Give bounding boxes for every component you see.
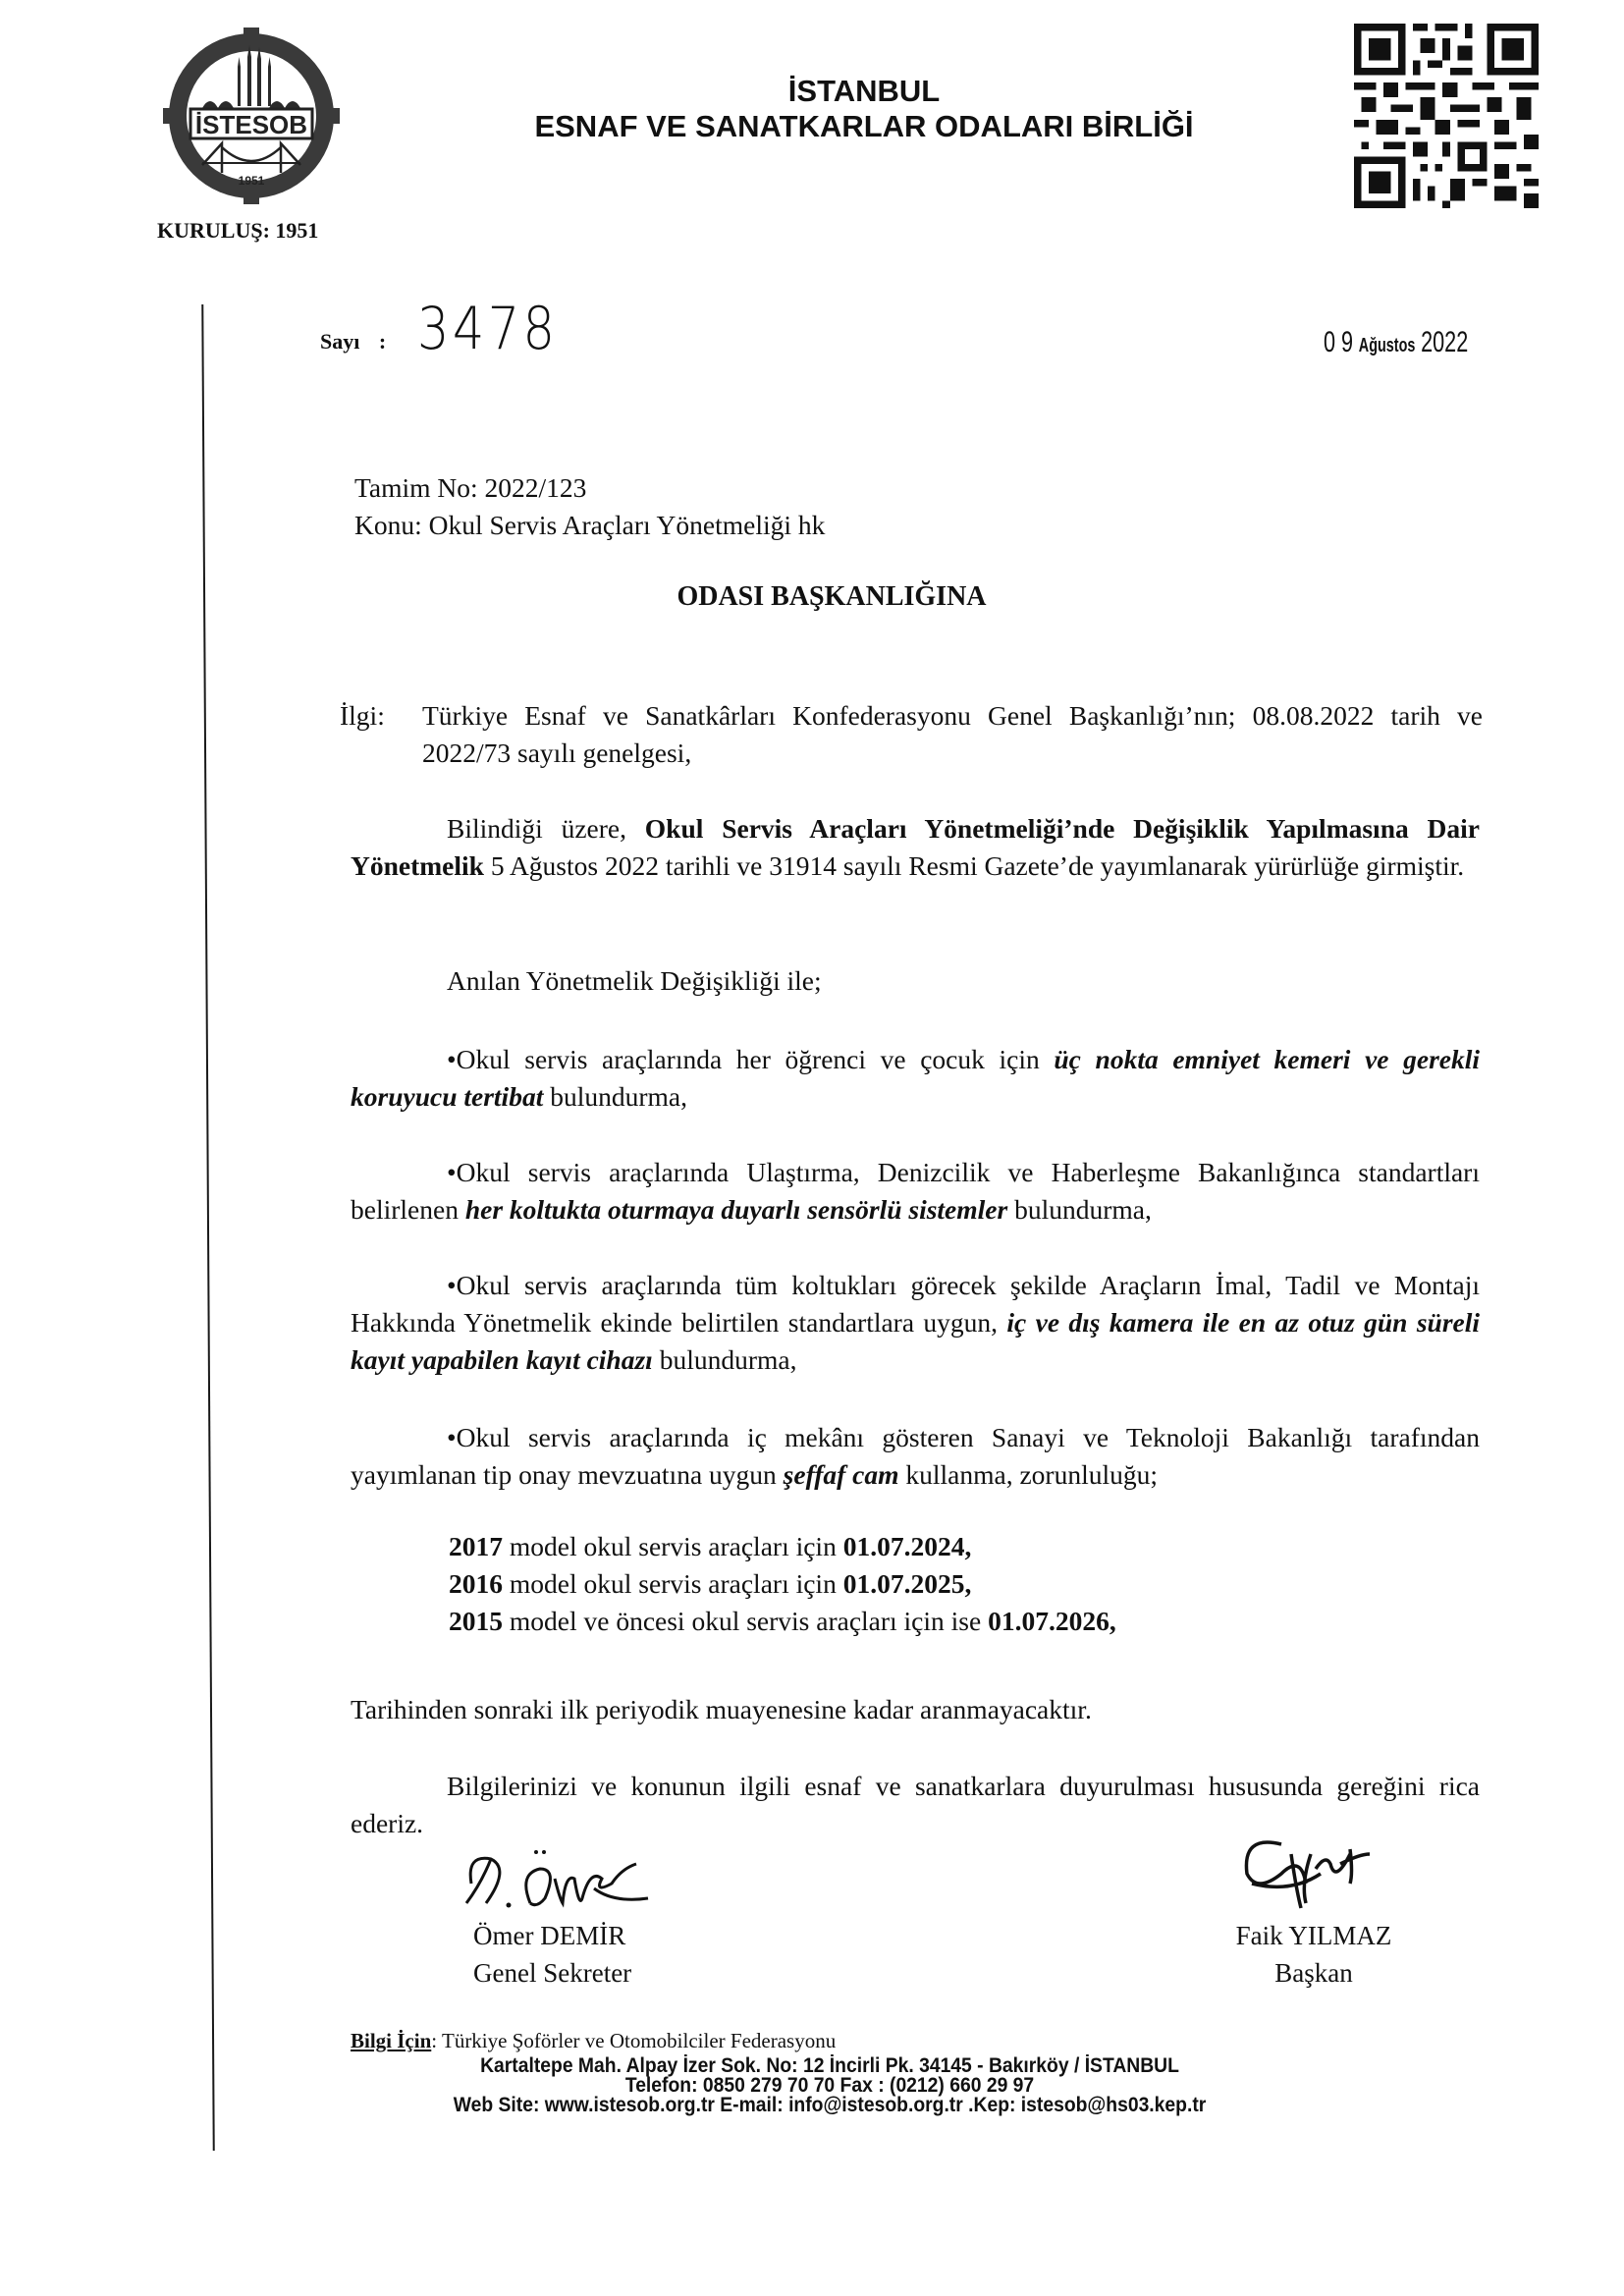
paragraph-change: Anılan Yönetmelik Değişikliği ile; — [351, 962, 1480, 1000]
signer-title: Başkan — [1216, 1954, 1412, 1992]
cc-line: Bilgi İçin: Türkiye Şoförler ve Otomobil… — [351, 2029, 836, 2053]
deadline-text: model okul servis araçları için — [503, 1568, 843, 1599]
deadline-row: 2017 model okul servis araçları için 01.… — [449, 1528, 1116, 1565]
bullet-emphasis: şeffaf cam — [784, 1459, 899, 1490]
signer-president: Faik YILMAZ Başkan — [1216, 1917, 1412, 1992]
qr-code-icon[interactable] — [1353, 24, 1540, 208]
intro-text-a: Bilindiği üzere, — [447, 813, 645, 844]
date-year: 2022 — [1421, 326, 1468, 359]
reference-text: Türkiye Esnaf ve Sanatkârları Konfederas… — [422, 697, 1483, 772]
istesob-logo: İSTESOB 1951 — [163, 27, 340, 204]
bullet-text-end: bulundurma, — [543, 1081, 687, 1112]
sayi-separator: : — [379, 329, 386, 354]
bullet-item: •Okul servis araçlarında her öğrenci ve … — [351, 1041, 1480, 1116]
deadline-date: 01.07.2025, — [843, 1568, 972, 1599]
sayi-label-text: Sayı — [320, 329, 359, 354]
tamim-number: Tamim No: 2022/123 — [354, 469, 586, 507]
org-name: ESNAF VE SANATKARLAR ODALARI BİRLİĞİ — [452, 109, 1276, 144]
footer-address: Kartaltepe Mah. Alpay İzer Sok. No: 12 İ… — [355, 2056, 1304, 2076]
sayi-label: Sayı : — [320, 329, 386, 355]
founded-label: KURULUŞ: 1951 — [157, 218, 318, 244]
paragraph-inspection: Tarihinden sonraki ilk periyodik muayene… — [351, 1691, 1480, 1728]
subject-line: Konu: Okul Servis Araçları Yönetmeliği h… — [354, 507, 825, 544]
cc-label: Bilgi İçin — [351, 2029, 431, 2052]
footer-phone: Telefon: 0850 279 70 70 Fax : (0212) 660… — [355, 2076, 1304, 2096]
org-city: İSTANBUL — [452, 74, 1276, 109]
svg-text:1951: 1951 — [239, 174, 265, 188]
intro-text-c: 5 Ağustos 2022 tarihli ve 31914 sayılı R… — [484, 850, 1464, 881]
recipient-heading: ODASI BAŞKANLIĞINA — [0, 581, 1624, 613]
paragraph-closing: Bilgilerinizi ve konunun ilgili esnaf ve… — [351, 1768, 1480, 1842]
model-year: 2016 — [449, 1568, 503, 1599]
bullet-text-end: bulundurma, — [1007, 1194, 1152, 1225]
signer-name: Faik YILMAZ — [1216, 1917, 1412, 1954]
deadline-text: model okul servis araçları için — [503, 1531, 843, 1561]
reference-label: İlgi: — [340, 697, 422, 772]
bullet-text-end: kullanma, zorunluluğu; — [899, 1459, 1159, 1490]
footer-contact: Kartaltepe Mah. Alpay İzer Sok. No: 12 İ… — [355, 2056, 1304, 2115]
bullet-text-end: bulundurma, — [653, 1344, 797, 1375]
footer-web[interactable]: Web Site: www.istesob.org.tr E-mail: inf… — [355, 2096, 1304, 2115]
signature-faik-yilmaz — [1222, 1834, 1419, 1913]
org-title: İSTANBUL ESNAF VE SANATKARLAR ODALARI Bİ… — [452, 74, 1276, 144]
reference: İlgi: Türkiye Esnaf ve Sanatkârları Konf… — [340, 697, 1483, 772]
signer-title: Genel Sekreter — [473, 1954, 631, 1992]
cc-recipient: : Türkiye Şoförler ve Otomobilciler Fede… — [431, 2029, 836, 2052]
bullet-item: •Okul servis araçlarında Ulaştırma, Deni… — [351, 1154, 1480, 1229]
date-stamp: 0 9 Ağustos 2022 — [1324, 326, 1468, 359]
date-month: Ağustos — [1359, 335, 1416, 357]
signer-name: Ömer DEMİR — [473, 1917, 631, 1954]
bullet-item: •Okul servis araçlarında iç mekânı göste… — [351, 1419, 1480, 1494]
deadline-row: 2016 model okul servis araçları için 01.… — [449, 1565, 1116, 1603]
deadline-date: 01.07.2026, — [988, 1606, 1116, 1636]
signature-omer-demir — [461, 1844, 668, 1918]
deadline-row: 2015 model ve öncesi okul servis araçlar… — [449, 1603, 1116, 1640]
bullet-text: •Okul servis araçlarında her öğrenci ve … — [447, 1044, 1054, 1074]
deadline-text: model ve öncesi okul servis araçları içi… — [503, 1606, 988, 1636]
bullet-item: •Okul servis araçlarında tüm koltukları … — [351, 1267, 1480, 1379]
signer-secretary: Ömer DEMİR Genel Sekreter — [473, 1917, 631, 1992]
sayi-number: 3478 — [417, 295, 558, 363]
model-year: 2015 — [449, 1606, 503, 1636]
model-year: 2017 — [449, 1531, 503, 1561]
date-day: 0 9 — [1324, 326, 1353, 359]
bullet-emphasis: her koltukta oturmaya duyarlı sensörlü s… — [465, 1194, 1007, 1225]
deadline-date: 01.07.2024, — [843, 1531, 972, 1561]
paragraph-intro: Bilindiği üzere, Okul Servis Araçları Yö… — [351, 810, 1480, 885]
deadline-list: 2017 model okul servis araçları için 01.… — [449, 1528, 1116, 1640]
svg-text:İSTESOB: İSTESOB — [195, 110, 307, 139]
